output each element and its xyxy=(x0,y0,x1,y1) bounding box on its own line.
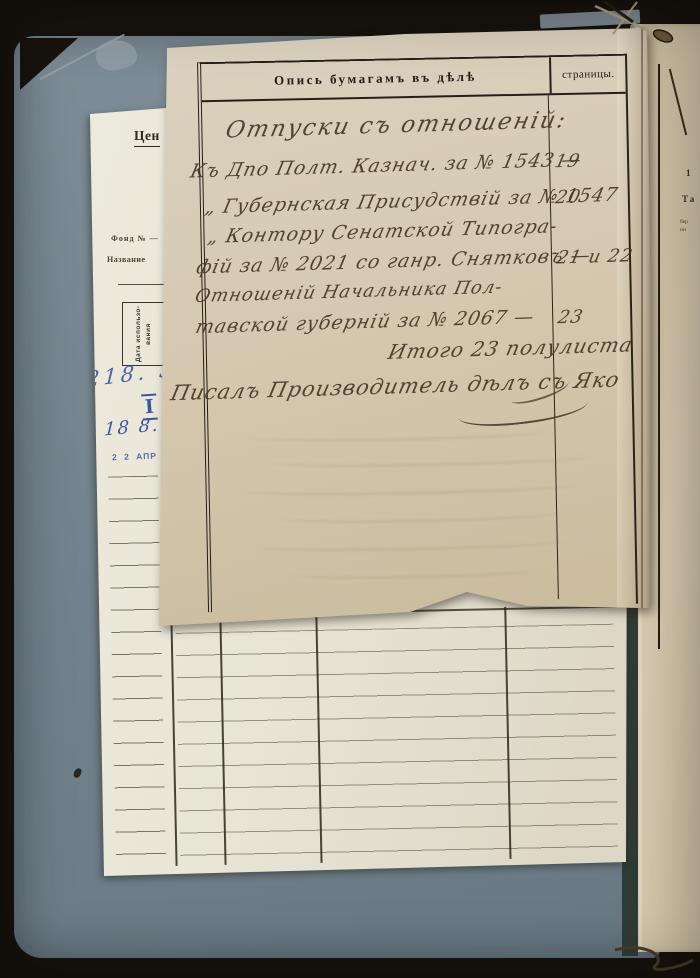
usage-table xyxy=(167,599,623,878)
right-page-fragment: бер xyxy=(680,219,688,225)
pages-column-header: страницы. xyxy=(549,56,626,94)
title-label: Название xyxy=(107,255,146,264)
right-page-fragment: ин xyxy=(680,227,686,233)
right-page-fragment: Та xyxy=(682,194,696,204)
right-page-fragment: 1 xyxy=(686,168,691,178)
ink-bleedthrough xyxy=(240,479,580,498)
entry-line: фій за № 2021 со ганр. Снятковъ — xyxy=(194,244,593,278)
archive-name-fragment: Цен xyxy=(134,128,160,147)
pages-value: 19 xyxy=(553,150,583,172)
margin-rule-lines xyxy=(108,476,166,857)
entry-line: Отношеній Начальника Пол- xyxy=(193,277,505,307)
entry-line: Къ Дпо Полт. Казнач. за № 1543 — xyxy=(188,149,584,183)
opis-table-body: Отпуски съ отношеній: Къ Дпо Полт. Казна… xyxy=(202,94,636,612)
opis-title: Опись бумагамъ въ дѣлѣ xyxy=(201,67,549,90)
binding-thread-icon xyxy=(605,940,700,978)
pages-value: 20 xyxy=(554,186,584,208)
fond-label: Фонд № — xyxy=(111,234,159,243)
entry-line: „ Контору Сенатской Типогра- xyxy=(206,215,560,248)
table-row-lines xyxy=(176,624,619,865)
right-page-corner-line xyxy=(669,69,687,135)
opis-fold-crease xyxy=(641,26,643,628)
ink-bleedthrough xyxy=(248,425,548,443)
binding-thread-icon xyxy=(575,0,700,50)
date-column-label: Дата использо- вания xyxy=(134,303,154,365)
pages-value: 23 xyxy=(556,306,586,328)
total-line: Итого 23 полулиста xyxy=(386,332,636,364)
ink-bleedthrough xyxy=(280,507,560,525)
ink-bleedthrough xyxy=(269,451,589,469)
right-page-table-border xyxy=(658,64,660,649)
opis-sheet: Опись бумагамъ въ дѣлѣ страницы. Отпуски… xyxy=(155,26,653,628)
date-column-header: Дата использо- вания xyxy=(122,302,165,366)
ink-bleedthrough xyxy=(291,564,541,581)
archive-scan: 1 Та бер ин Цен Фонд № — Название Дата и… xyxy=(0,0,700,978)
entry-line: тавской губерній за № 2067 — xyxy=(194,306,537,338)
ink-bleedthrough xyxy=(256,535,566,553)
pages-value: 21 и 22 xyxy=(555,245,636,268)
opis-table: Опись бумагамъ въ дѣлѣ страницы. Отпуски… xyxy=(197,54,638,613)
handwritten-heading: Отпуски съ отношеній: xyxy=(223,107,570,144)
